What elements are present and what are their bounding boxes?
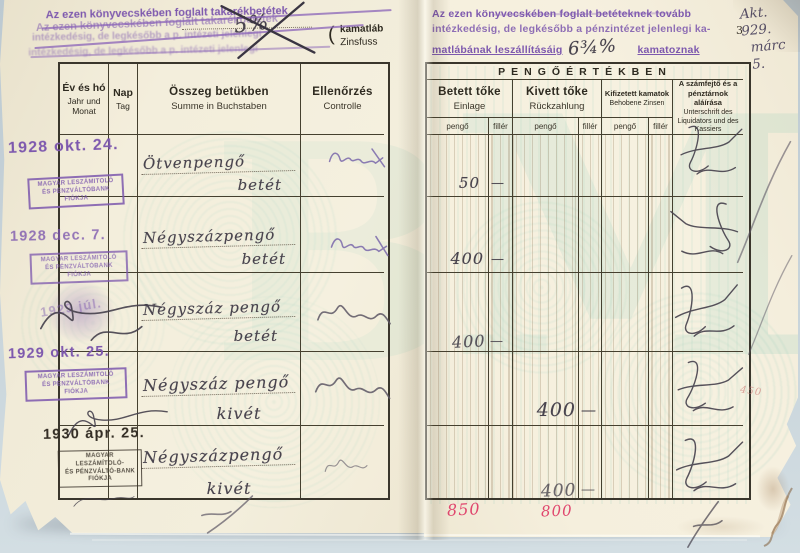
signature-scribble <box>327 224 393 263</box>
amount-in-words: Négyszázpengő <box>143 226 276 247</box>
cross-out-x <box>211 0 322 60</box>
withdraw-filler-cell <box>579 273 602 352</box>
amount-value: 50 <box>459 174 480 192</box>
amount-in-words: Négyszázpengő <box>143 444 284 467</box>
amount-dash: — <box>581 482 596 498</box>
signature-scribble <box>314 290 392 334</box>
entry-note: betét <box>234 327 278 345</box>
withdraw-pengo-cell: 400 <box>513 352 579 426</box>
handwritten-rate: 6¾% <box>568 35 618 59</box>
bank-stamp: MAGYAR LESZÁMITOLÓ ÉS PÉNZVÁLTÓBANK FIÓK… <box>27 174 125 210</box>
stacked-page-edge <box>92 539 747 541</box>
rate-label-de: Zinsfuss <box>340 36 377 48</box>
interest-pengo-cell <box>602 273 649 352</box>
col-header-date: Év és hó Jahr und Monat <box>60 64 109 135</box>
deposit-filler-cell <box>489 426 513 498</box>
amount-dash: — <box>491 176 505 191</box>
amount-value: 400 <box>537 399 576 421</box>
interest-pengo-cell <box>602 352 649 426</box>
signature-tail <box>196 492 264 536</box>
signature-scribble <box>659 272 751 355</box>
subheader-filler: fillér <box>489 118 513 135</box>
signature-tail <box>680 498 728 550</box>
signature-scribble <box>311 361 393 410</box>
deposit-pengo-cell <box>427 352 489 426</box>
pengo-band: PENGŐÉRTÉKBEN <box>427 64 743 80</box>
deposit-pengo-cell: 400 <box>427 273 489 352</box>
amount-value: 400 <box>540 480 576 501</box>
signature-flourish <box>58 482 150 516</box>
signature-scribble <box>326 140 388 174</box>
deposit-pengo-cell: 400 <box>427 197 489 273</box>
withdraw-pengo-cell: 400 <box>513 426 579 498</box>
amount-value: 400 <box>450 249 484 268</box>
signature-scribble <box>321 446 379 482</box>
signature-scribble <box>666 351 749 430</box>
col-header-day: Nap Tag <box>109 64 138 135</box>
entry-note: kivét <box>217 404 262 423</box>
amount-value: 400 <box>452 331 486 352</box>
amount-dash: — <box>581 401 597 419</box>
entry-note: betét <box>242 250 286 268</box>
subheader-pengo: pengő <box>427 118 489 135</box>
deposit-filler-cell: — <box>489 273 513 352</box>
deposit-filler-cell <box>489 352 513 426</box>
red-total: 850 <box>447 499 481 520</box>
col-header-withdraw: Kivett tőke Rückzahlung <box>513 80 602 118</box>
date-stamp: 1928 okt. 24. <box>8 136 119 158</box>
withdraw-filler-cell: — <box>579 352 602 426</box>
withdraw-filler-cell: — <box>579 426 602 498</box>
col-header-interest: Kifizetett kamatok Behobene Zinsen <box>602 80 673 118</box>
col-header-deposit: Betett tőke Einlage <box>427 80 513 118</box>
sum-cell: Négyszázpengő betét <box>138 197 301 273</box>
interest-notice: Az ezen könyvecskében foglalt betéteknek… <box>432 8 762 58</box>
deposit-filler-cell: — <box>489 135 513 197</box>
amount-dash: — <box>490 334 504 349</box>
entry-note: betét <box>238 176 282 194</box>
corner-crease <box>733 0 800 52</box>
signature-flourish <box>30 280 172 348</box>
notice-line2: intézkedésig, de legkésőbb a pénzintézet… <box>432 23 762 35</box>
withdraw-pengo-cell <box>513 273 579 352</box>
sum-cell: Ötvenpengő betét <box>138 135 301 197</box>
col-header-check: Ellenőrzés Controlle <box>301 64 384 135</box>
col-header-sum: Összeg betükben Summe in Buchstaben <box>138 64 301 135</box>
deposit-pengo-cell: 50 <box>427 135 489 197</box>
notice-line3-post: kamatoznak <box>638 44 700 56</box>
signature-scribble <box>668 430 746 508</box>
deposit-filler-cell: — <box>489 197 513 273</box>
withdraw-filler-cell <box>579 197 602 273</box>
subheader-pengo: pengő <box>602 118 649 135</box>
withdraw-pengo-cell <box>513 135 579 197</box>
withdraw-filler-cell <box>579 135 602 197</box>
passbook-scan: B M Az ezen könyvecskében foglalt takaré… <box>0 0 800 553</box>
signature-flourish <box>49 388 188 451</box>
interest-pengo-cell <box>602 135 649 197</box>
margin-flourish <box>744 250 798 360</box>
amount-in-words: Ötvenpengő <box>143 152 246 173</box>
deposit-pengo-cell <box>427 426 489 498</box>
subheader-filler: fillér <box>579 118 602 135</box>
withdraw-pengo-cell <box>513 197 579 273</box>
amount-dash: — <box>491 252 505 267</box>
torn-edge-fray <box>752 486 796 548</box>
interest-pengo-cell <box>602 197 649 273</box>
red-total: 800 <box>541 501 573 520</box>
interest-pengo-cell <box>602 426 649 498</box>
subheader-pengo: pengő <box>513 118 579 135</box>
date-stamp: 1928 dec. 7. <box>10 227 106 245</box>
cancelled-interest-notice: Az ezen könyvecskében foglalt takarékbet… <box>42 0 425 65</box>
notice-line3-pre: matlábának leszállításáig <box>432 44 562 56</box>
